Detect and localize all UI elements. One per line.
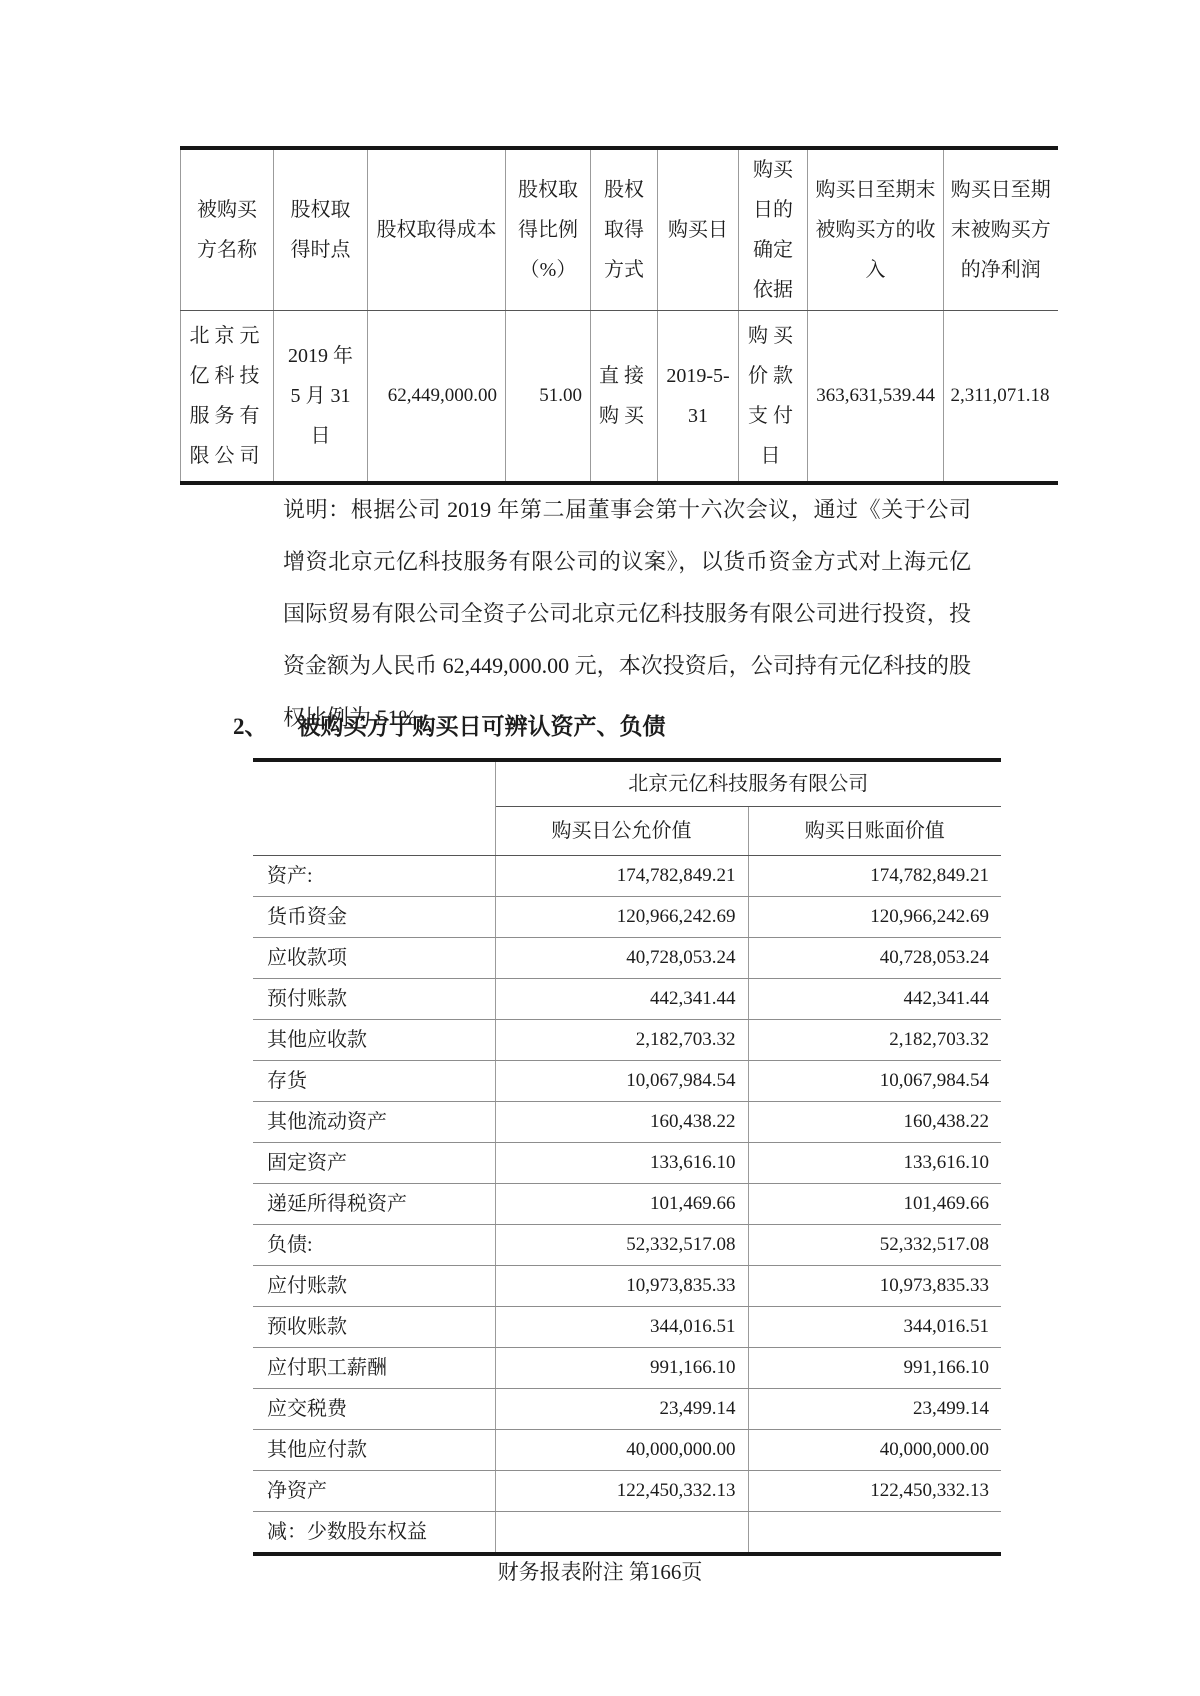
note-paragraph: 说明：根据公司 2019 年第二届董事会第十六次会议，通过《关于公司增资北京元亿… <box>283 484 971 744</box>
table-row-advances-received: 预收账款 344,016.51 344,016.51 <box>253 1307 1001 1348</box>
table-row-fixed-assets: 固定资产 133,616.10 133,616.10 <box>253 1143 1001 1184</box>
table-row-assets: 资产: 174,782,849.21 174,782,849.21 <box>253 856 1001 897</box>
row-label: 净资产 <box>253 1471 495 1512</box>
fair-value: 122,450,332.13 <box>495 1471 748 1512</box>
section-heading: 2、 被购买方于购买日可辨认资产、负债 <box>233 710 666 744</box>
row-label: 负债: <box>253 1225 495 1266</box>
fair-value: 10,067,984.54 <box>495 1061 748 1102</box>
table-row-payroll-payable: 应付职工薪酬 991,166.10 991,166.10 <box>253 1348 1001 1389</box>
book-value: 122,450,332.13 <box>748 1471 1001 1512</box>
section-number: 2、 <box>233 710 268 744</box>
table-row-liabilities: 负债: 52,332,517.08 52,332,517.08 <box>253 1225 1001 1266</box>
book-value: 10,067,984.54 <box>748 1061 1001 1102</box>
table-row-net-assets: 净资产 122,450,332.13 122,450,332.13 <box>253 1471 1001 1512</box>
row-label: 固定资产 <box>253 1143 495 1184</box>
book-value: 160,438.22 <box>748 1102 1001 1143</box>
company-header-spacer <box>253 760 495 807</box>
acquisition-table-data-row: 北京元 亿科技 服务有 限公司 2019 年 5 月 31 日 62,449,0… <box>181 311 1058 484</box>
cell-equity-cost: 62,449,000.00 <box>368 311 506 484</box>
row-label: 递延所得税资产 <box>253 1184 495 1225</box>
header-equity-time: 股权取 得时点 <box>274 148 368 311</box>
book-value: 23,499.14 <box>748 1389 1001 1430</box>
acquisition-table: 被购买 方名称 股权取 得时点 股权取得成本 股权取 得比例 （%） 股权 取得… <box>180 146 1058 485</box>
fair-value <box>495 1512 748 1555</box>
header-equity-ratio: 股权取 得比例 （%） <box>506 148 591 311</box>
row-label: 货币资金 <box>253 897 495 938</box>
page-footer: 财务报表附注 第166页 <box>0 1556 1200 1586</box>
acquisition-table-header-row: 被购买 方名称 股权取 得时点 股权取得成本 股权取 得比例 （%） 股权 取得… <box>181 148 1058 311</box>
table-row-accounts-payable: 应付账款 10,973,835.33 10,973,835.33 <box>253 1266 1001 1307</box>
row-label: 存货 <box>253 1061 495 1102</box>
row-label: 预付账款 <box>253 979 495 1020</box>
row-label: 应付职工薪酬 <box>253 1348 495 1389</box>
table-row-less-minority-interest: 减：少数股东权益 <box>253 1512 1001 1555</box>
book-value: 40,000,000.00 <box>748 1430 1001 1471</box>
fair-value: 160,438.22 <box>495 1102 748 1143</box>
column-header-fair-value: 购买日公允价值 <box>495 807 748 856</box>
fair-value: 174,782,849.21 <box>495 856 748 897</box>
cell-acquire-method: 直接 购买 <box>591 311 658 484</box>
fair-value: 40,000,000.00 <box>495 1430 748 1471</box>
header-revenue-since: 购买日至期末 被购买方的收 入 <box>808 148 944 311</box>
fair-value: 23,499.14 <box>495 1389 748 1430</box>
cell-acquiree-name: 北京元 亿科技 服务有 限公司 <box>181 311 274 484</box>
cell-purchase-date: 2019-5- 31 <box>658 311 739 484</box>
row-label: 资产: <box>253 856 495 897</box>
table-row-other-current-assets: 其他流动资产 160,438.22 160,438.22 <box>253 1102 1001 1143</box>
document-page: 被购买 方名称 股权取 得时点 股权取得成本 股权取 得比例 （%） 股权 取得… <box>0 0 1200 1696</box>
header-purchase-date: 购买日 <box>658 148 739 311</box>
cell-net-profit-since: 2,311,071.18 <box>944 311 1058 484</box>
row-label: 应收款项 <box>253 938 495 979</box>
fair-value: 991,166.10 <box>495 1348 748 1389</box>
book-value <box>748 1512 1001 1555</box>
cell-equity-ratio: 51.00 <box>506 311 591 484</box>
column-header-spacer <box>253 807 495 856</box>
table-row-other-payables: 其他应付款 40,000,000.00 40,000,000.00 <box>253 1430 1001 1471</box>
company-header-row: 北京元亿科技服务有限公司 <box>253 760 1001 807</box>
book-value: 40,728,053.24 <box>748 938 1001 979</box>
cell-purchase-date-basis: 购买 价款 支付 日 <box>739 311 808 484</box>
book-value: 344,016.51 <box>748 1307 1001 1348</box>
fair-value: 52,332,517.08 <box>495 1225 748 1266</box>
header-net-profit-since: 购买日至期 末被购买方 的净利润 <box>944 148 1058 311</box>
book-value: 52,332,517.08 <box>748 1225 1001 1266</box>
row-label: 应交税费 <box>253 1389 495 1430</box>
header-purchase-date-basis: 购买 日的 确定 依据 <box>739 148 808 311</box>
book-value: 101,469.66 <box>748 1184 1001 1225</box>
book-value: 2,182,703.32 <box>748 1020 1001 1061</box>
table-row-deferred-tax-assets: 递延所得税资产 101,469.66 101,469.66 <box>253 1184 1001 1225</box>
table-row-cash: 货币资金 120,966,242.69 120,966,242.69 <box>253 897 1001 938</box>
fair-value: 101,469.66 <box>495 1184 748 1225</box>
section-title: 被购买方于购买日可辨认资产、负债 <box>298 710 666 744</box>
row-label: 其他流动资产 <box>253 1102 495 1143</box>
header-acquire-method: 股权 取得 方式 <box>591 148 658 311</box>
row-label: 预收账款 <box>253 1307 495 1348</box>
fair-value: 10,973,835.33 <box>495 1266 748 1307</box>
table-row-inventory: 存货 10,067,984.54 10,067,984.54 <box>253 1061 1001 1102</box>
row-label: 应付账款 <box>253 1266 495 1307</box>
row-label: 减：少数股东权益 <box>253 1512 495 1555</box>
book-value: 10,973,835.33 <box>748 1266 1001 1307</box>
book-value: 991,166.10 <box>748 1348 1001 1389</box>
table-row-other-receivables: 其他应收款 2,182,703.32 2,182,703.32 <box>253 1020 1001 1061</box>
company-header: 北京元亿科技服务有限公司 <box>495 760 1001 807</box>
cell-revenue-since: 363,631,539.44 <box>808 311 944 484</box>
header-acquiree-name: 被购买 方名称 <box>181 148 274 311</box>
row-label: 其他应收款 <box>253 1020 495 1061</box>
table-row-taxes-payable: 应交税费 23,499.14 23,499.14 <box>253 1389 1001 1430</box>
row-label: 其他应付款 <box>253 1430 495 1471</box>
header-equity-cost: 股权取得成本 <box>368 148 506 311</box>
fair-value: 344,016.51 <box>495 1307 748 1348</box>
cell-equity-time: 2019 年 5 月 31 日 <box>274 311 368 484</box>
fair-value: 120,966,242.69 <box>495 897 748 938</box>
book-value: 442,341.44 <box>748 979 1001 1020</box>
fair-value: 2,182,703.32 <box>495 1020 748 1061</box>
table-row-receivables: 应收款项 40,728,053.24 40,728,053.24 <box>253 938 1001 979</box>
book-value: 174,782,849.21 <box>748 856 1001 897</box>
fair-value: 40,728,053.24 <box>495 938 748 979</box>
fair-value: 133,616.10 <box>495 1143 748 1184</box>
fair-value: 442,341.44 <box>495 979 748 1020</box>
book-value: 120,966,242.69 <box>748 897 1001 938</box>
book-value: 133,616.10 <box>748 1143 1001 1184</box>
table-row-prepayments: 预付账款 442,341.44 442,341.44 <box>253 979 1001 1020</box>
identifiable-assets-table: 北京元亿科技服务有限公司 购买日公允价值 购买日账面价值 资产: 174,782… <box>253 758 1001 1556</box>
column-header-row: 购买日公允价值 购买日账面价值 <box>253 807 1001 856</box>
column-header-book-value: 购买日账面价值 <box>748 807 1001 856</box>
